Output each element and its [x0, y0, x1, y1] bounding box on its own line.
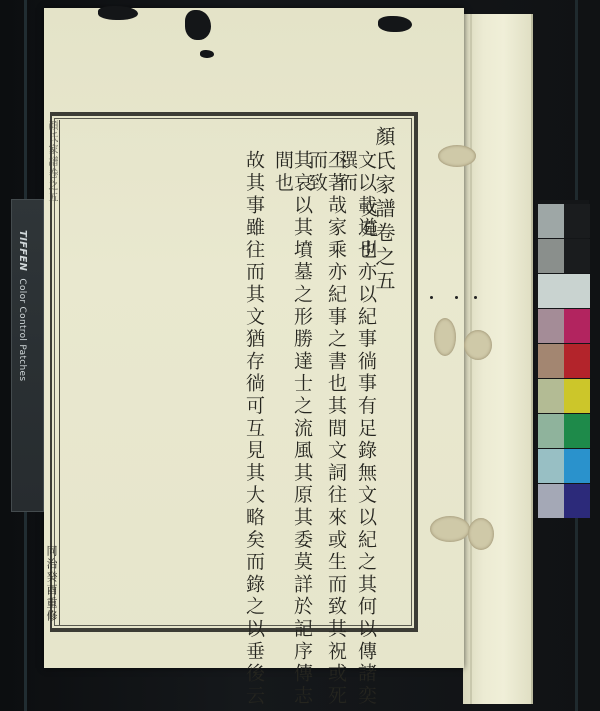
binding-hole: [430, 516, 470, 542]
patch-black: [564, 239, 590, 273]
margin-note: 同治癸酉重修: [46, 545, 57, 623]
patch-black: [564, 204, 590, 238]
patch-white: [538, 274, 590, 308]
patch-red: [564, 344, 590, 378]
spine-text: 顏氏家譜卷之五: [46, 120, 56, 204]
patch-cyan: [564, 449, 590, 483]
document-title: 顏氏家譜卷之五: [374, 126, 394, 294]
patch-gray-light: [538, 204, 564, 238]
patch-pale-green: [538, 414, 564, 448]
page-tear: [200, 50, 214, 58]
patch-yellow: [564, 379, 590, 413]
patch-magenta: [564, 309, 590, 343]
patch-pale-blue: [538, 484, 564, 518]
patch-gray-mid: [538, 239, 564, 273]
patch-pale-magenta: [538, 309, 564, 343]
tiffen-caption: Color Control Patches: [17, 278, 27, 381]
binding-hole: [438, 145, 476, 167]
tiffen-label: TIFFEN Color Control Patches: [17, 230, 28, 381]
binding-hole: [464, 330, 492, 360]
page-tear: [378, 16, 412, 32]
binding-dot: [430, 296, 433, 299]
binding-dot: [474, 296, 477, 299]
patch-pale-cyan: [538, 449, 564, 483]
page-tear: [98, 6, 138, 20]
tiffen-brand: TIFFEN: [17, 230, 28, 271]
body-column: 故其事雖往而其文猶存徜可互見其大略矣而錄之以垂後云: [244, 150, 263, 708]
patch-pale-red: [538, 344, 564, 378]
page-tear: [185, 10, 211, 40]
binding-hole: [434, 318, 456, 356]
binding-dot: [455, 296, 458, 299]
patch-pale-yellow: [538, 379, 564, 413]
fold-crease: [470, 14, 472, 704]
binding-hole: [468, 518, 494, 550]
body-column: 其哀以其墳墓之形勝達士之流風其原其委莫詳於記序傳志間也: [273, 150, 311, 711]
patch-blue: [564, 484, 590, 518]
color-control-patches: [535, 200, 589, 518]
margin-rule: [59, 120, 60, 625]
patch-green: [564, 414, 590, 448]
